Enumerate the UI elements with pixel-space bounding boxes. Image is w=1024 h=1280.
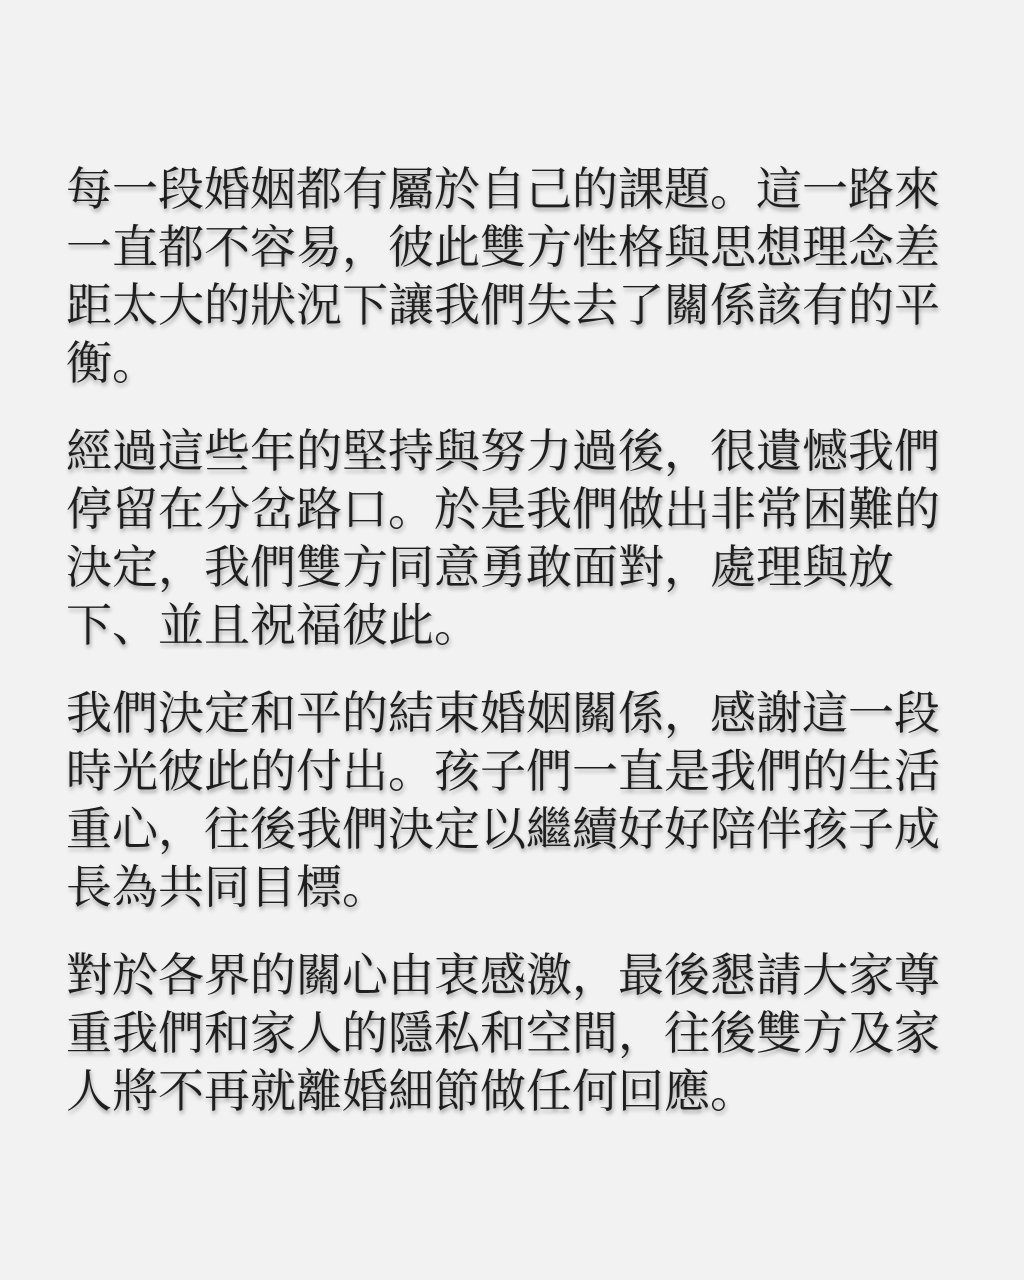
text-line: 每一段婚姻都有屬於自己的課題。這一路來	[66, 160, 966, 218]
text-line: 重我們和家人的隱私和空間，往後雙方及家	[66, 1004, 966, 1062]
text-line: 決定，我們雙方同意勇敢面對，處理與放	[66, 538, 966, 596]
paragraph-4: 對於各界的關心由衷感激，最後懇請大家尊 重我們和家人的隱私和空間，往後雙方及家 …	[66, 946, 966, 1120]
text-line: 經過這些年的堅持與努力過後，很遺憾我們	[66, 422, 966, 480]
text-line: 人將不再就離婚細節做任何回應。	[66, 1062, 966, 1120]
statement-text: 每一段婚姻都有屬於自己的課題。這一路來 一直都不容易，彼此雙方性格與思想理念差 …	[66, 160, 966, 1150]
text-line: 重心，往後我們決定以繼續好好陪伴孩子成	[66, 800, 966, 858]
text-line: 長為共同目標。	[66, 858, 966, 916]
paragraph-2: 經過這些年的堅持與努力過後，很遺憾我們 停留在分岔路口。於是我們做出非常困難的 …	[66, 422, 966, 654]
text-line: 我們決定和平的結束婚姻關係，感謝這一段	[66, 684, 966, 742]
text-line: 衡。	[66, 334, 966, 392]
paragraph-1: 每一段婚姻都有屬於自己的課題。這一路來 一直都不容易，彼此雙方性格與思想理念差 …	[66, 160, 966, 392]
paragraph-3: 我們決定和平的結束婚姻關係，感謝這一段 時光彼此的付出。孩子們一直是我們的生活 …	[66, 684, 966, 916]
text-line: 一直都不容易，彼此雙方性格與思想理念差	[66, 218, 966, 276]
text-line: 距太大的狀況下讓我們失去了關係該有的平	[66, 276, 966, 334]
text-line: 下、並且祝福彼此。	[66, 596, 966, 654]
text-line: 對於各界的關心由衷感激，最後懇請大家尊	[66, 946, 966, 1004]
text-line: 時光彼此的付出。孩子們一直是我們的生活	[66, 742, 966, 800]
text-line: 停留在分岔路口。於是我們做出非常困難的	[66, 480, 966, 538]
